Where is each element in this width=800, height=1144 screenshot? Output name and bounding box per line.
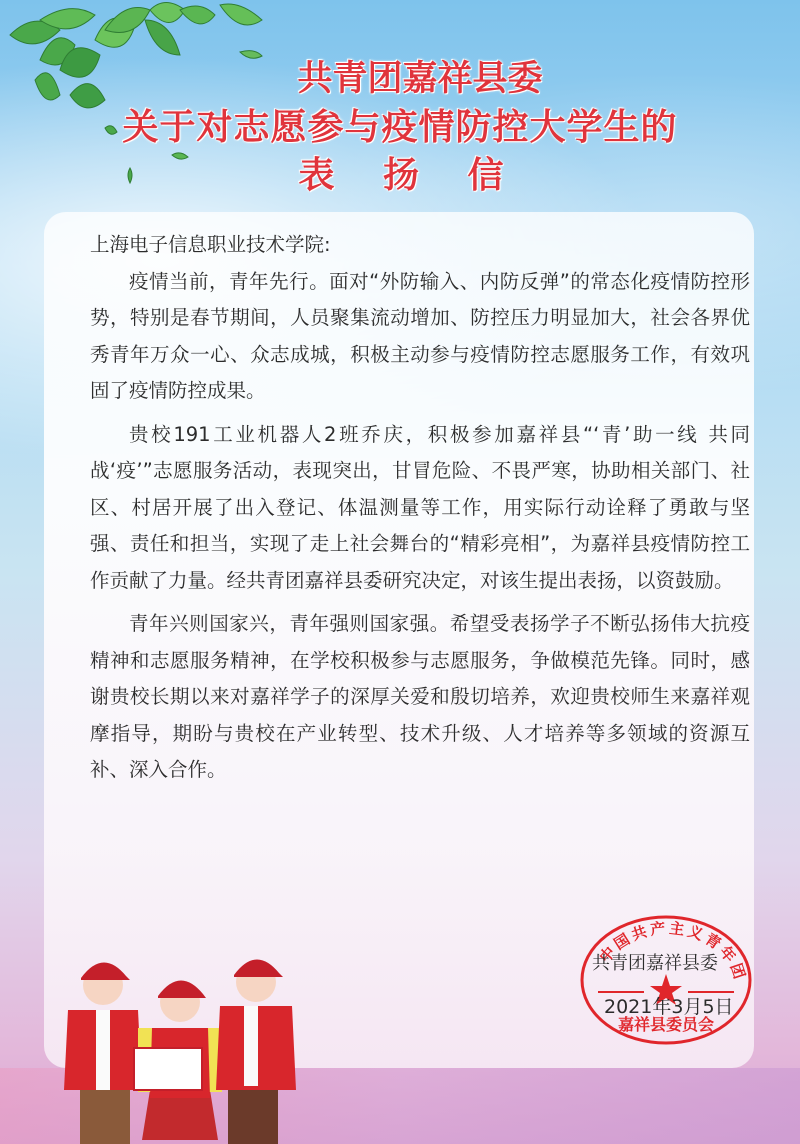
title-line-issuer: 共青团嘉祥县委 bbox=[0, 55, 800, 103]
paragraph-1: 疫情当前，青年先行。面对“外防输入、内防反弹”的常态化疫情防控形势，特别是春节期… bbox=[90, 264, 750, 410]
salutation: 上海电子信息职业技术学院: bbox=[90, 227, 750, 264]
official-red-seal: 中国共产主义青年团 嘉祥县委员会 bbox=[578, 914, 754, 1046]
signature-block: 共青团嘉祥县委 2021年3月5日 bbox=[592, 952, 718, 976]
letter-body: 上海电子信息职业技术学院: 疫情当前，青年先行。面对“外防输入、内防反弹”的常态… bbox=[90, 227, 750, 796]
title-line-letter-type: 表 扬 信 bbox=[0, 151, 800, 199]
letter-title: 共青团嘉祥县委 关于对志愿参与疫情防控大学生的 表 扬 信 bbox=[0, 55, 800, 199]
title-line-subject: 关于对志愿参与疫情防控大学生的 bbox=[0, 103, 800, 151]
paragraph-2: 贵校191工业机器人2班乔庆，积极参加嘉祥县“‘青’助一线 共同战‘疫’”志愿服… bbox=[90, 417, 750, 600]
signature-organization: 共青团嘉祥县委 bbox=[592, 952, 718, 976]
volunteers-illustration bbox=[60, 940, 300, 1144]
paragraph-3: 青年兴则国家兴，青年强则国家强。希望受表扬学子不断弘扬伟大抗疫精神和志愿服务精神… bbox=[90, 606, 750, 789]
signature-date: 2021年3月5日 bbox=[604, 995, 734, 1019]
